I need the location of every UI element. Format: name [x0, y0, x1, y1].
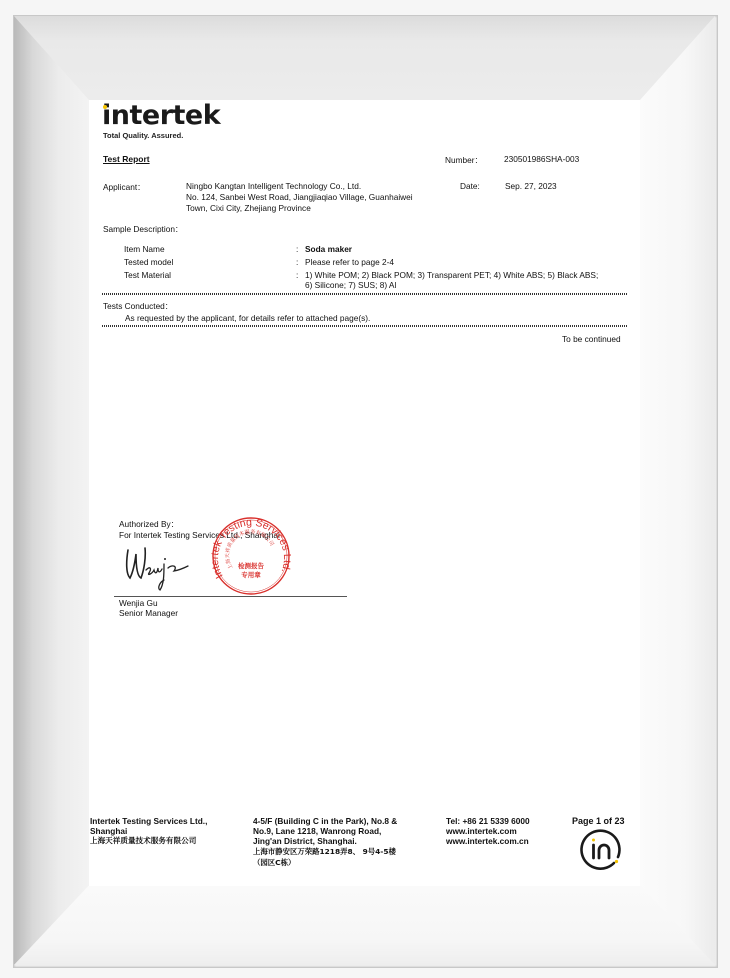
date-label: Date:	[460, 181, 480, 192]
intertek-logo: intertek	[102, 102, 220, 130]
applicant-line-1: Ningbo Kangtan Intelligent Technology Co…	[186, 181, 361, 192]
footer-company-line-1: Intertek Testing Services Ltd.,	[90, 816, 207, 827]
report-number: 230501986SHA-003	[504, 154, 579, 165]
logo-wordmark: intertek	[102, 100, 220, 131]
tests-conducted-text: As requested by the applicant, for detai…	[125, 313, 370, 324]
test-material-sep: :	[296, 270, 298, 281]
intertek-in-logo-icon	[578, 827, 624, 873]
report-date: Sep. 27, 2023	[505, 181, 557, 192]
stamp-center-line-2: 专用章	[241, 570, 261, 579]
item-name-sep: :	[296, 244, 298, 255]
frame-bevel-right	[640, 16, 715, 965]
authorized-by-label: Authorized By：	[119, 519, 179, 530]
signature-line	[114, 596, 347, 597]
logo-tagline: Total Quality. Assured.	[103, 131, 183, 140]
tested-model-sep: :	[296, 257, 298, 268]
number-label: Number：	[445, 155, 483, 166]
stamp-center-line-1: 检测报告	[238, 561, 265, 570]
signature-graphic	[122, 540, 194, 592]
item-name-value: Soda maker	[305, 244, 352, 255]
footer-website[interactable]: www.intertek.com	[446, 826, 517, 837]
applicant-label: Applicant：	[103, 182, 145, 193]
continued-note: To be continued	[562, 334, 621, 345]
tested-model-label: Tested model	[124, 257, 173, 268]
footer-address-line-4: 上海市静安区万荣路1218弄8、 9号4-5楼	[253, 847, 396, 858]
report-page: intertek Total Quality. Assured. Test Re…	[89, 100, 640, 886]
test-material-label: Test Material	[124, 270, 171, 281]
frame-bevel-bottom	[14, 886, 715, 965]
applicant-line-3: Town, Cixi City, Zhejiang Province	[186, 203, 311, 214]
signer-role: Senior Manager	[119, 608, 178, 619]
item-name-label: Item Name	[124, 244, 165, 255]
applicant-line-2: No. 124, Sanbei West Road, Jiangjiaqiao …	[186, 192, 413, 203]
footer-address-line-3: Jing'an District, Shanghai.	[253, 836, 357, 847]
separator-line	[102, 325, 627, 327]
page-indicator: Page 1 of 23	[572, 816, 625, 826]
footer-company-line-2: Shanghai	[90, 826, 127, 837]
footer-company-line-3: 上海天祥质量技术服务有限公司	[90, 836, 196, 847]
footer-address-line-2: No.9, Lane 1218, Wanrong Road,	[253, 826, 381, 837]
frame-bevel-top	[14, 16, 715, 100]
footer-address-line-5: （园区C栋）	[253, 858, 295, 869]
frame-bevel-left	[14, 16, 89, 965]
tests-conducted-label: Tests Conducted：	[103, 301, 173, 312]
separator-line	[102, 293, 627, 295]
footer-phone: Tel: +86 21 5339 6000	[446, 816, 530, 827]
report-title: Test Report	[103, 154, 150, 164]
footer-website-cn[interactable]: www.intertek.com.cn	[446, 836, 529, 847]
company-seal-stamp: Intertek Testing Services Ltd. Shanghai …	[211, 512, 291, 600]
test-material-line-2: 6) Silicone; 7) SUS; 8) Al	[305, 280, 396, 291]
sample-description-label: Sample Description：	[103, 224, 183, 235]
logo-accent-dot	[103, 105, 107, 109]
footer-address-line-1: 4-5/F (Building C in the Park), No.8 &	[253, 816, 397, 827]
tested-model-value: Please refer to page 2-4	[305, 257, 394, 268]
